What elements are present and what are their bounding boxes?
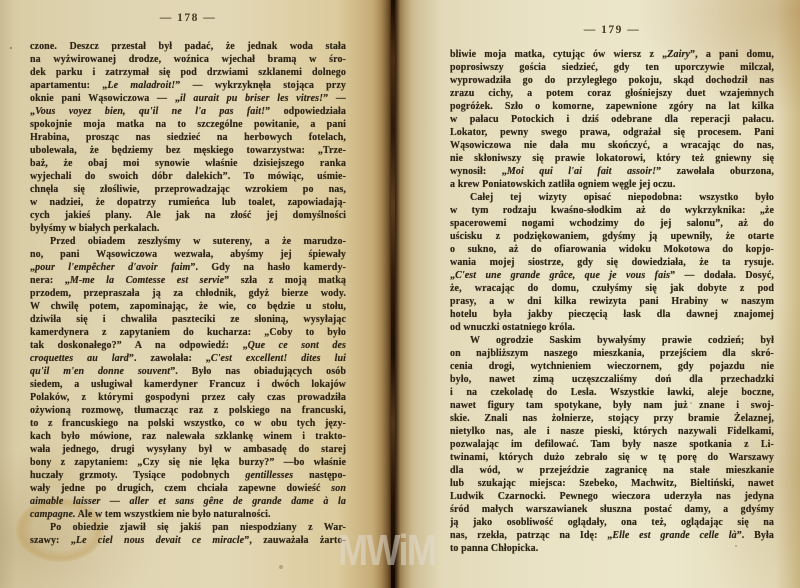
text-line: apartamentu: „Le maladroit!” — wykrzyknę… xyxy=(30,79,346,92)
text-line: Po obiedzie zjawił się jakiś pan niespod… xyxy=(30,521,346,534)
text-line: „C'est une grande grâce, que je vous fai… xyxy=(450,269,774,282)
text-line: aimable laisser — aller et sans gêne de … xyxy=(30,495,346,508)
text-line: to z francuskiego na polski wszystko, co… xyxy=(30,417,346,430)
text-line: skie. Znali nas żołnierze, stojący przy … xyxy=(450,412,774,425)
paragraph: czone. Deszcz przestał był padać, że jed… xyxy=(30,40,346,235)
text-line: wyjechali do swoich dóbr dalekich”. To m… xyxy=(30,170,346,183)
text-line: Wąsowiczowa nie dała mu skończyć, a wrac… xyxy=(450,139,774,152)
text-line: a krew Poniatowskich zatliła ogniem węgl… xyxy=(450,178,774,191)
text-line: przodem, przepraszała ją za chłodnik, gd… xyxy=(30,287,346,300)
page-number-left: — 178 — xyxy=(30,12,346,24)
text-line: Polaków, z którymi gospodyni przez cały … xyxy=(30,391,346,404)
text-line: Ludwik Czarnocki. Pewnego wieczora uderz… xyxy=(450,490,774,503)
text-line: prasy, a w dni kilka rewizyta pani Hrabi… xyxy=(450,295,774,308)
text-line: było, nawet zimą uczęszczaliśmy doń dla … xyxy=(450,373,774,386)
text-line: nietylko nas, ale i nasze pieski, któryc… xyxy=(450,425,774,438)
paragraph: Po obiedzie zjawił się jakiś pan niespod… xyxy=(30,521,346,547)
text-line: lub szukając miejsca: Szebeko, Machwitz,… xyxy=(450,477,774,490)
text-line: w pałacu Potockich i dziś odebrane dla r… xyxy=(450,113,774,126)
text-line: nie skłoniwszy się prawie lokatorowi, kt… xyxy=(450,152,774,165)
text-line: cenia drogi, wytchnieniem wieczornem, gd… xyxy=(450,360,774,373)
text-line: croquettes au lard”. zawołała: „C'est ex… xyxy=(30,352,346,365)
text-line: spokojnie moja matka na to szczególne po… xyxy=(30,118,346,131)
text-line: kach było mówione, raz nalewała szklankę… xyxy=(30,430,346,443)
text-line: uścisku z podziękowaniem, gdyśmy ją upew… xyxy=(450,230,774,243)
text-line: że, wracając do domu, czułyśmy się jak d… xyxy=(450,282,774,295)
text-line: wały jedne po drugich, czem chciała zape… xyxy=(30,482,346,495)
text-line: kamerdynera z zapytaniem do kucharza: „C… xyxy=(30,326,346,339)
text-line: huczały grzmoty. Tysiące podobnych genti… xyxy=(30,469,346,482)
paragraph: Przed obiadem zeszłyśmy w sutereny, a że… xyxy=(30,235,346,521)
text-line: „Vous voyez bien, qu'il ne l'a pas fait!… xyxy=(30,105,346,118)
text-line: bliwie moja matka, cytując ów wiersz z „… xyxy=(450,48,774,61)
text-line: on najbliższym naszego mieszkania, przej… xyxy=(450,347,774,360)
text-line: szawy: „Le ciel nous devait ce miracle”,… xyxy=(30,534,346,547)
text-line: dek parku i zatrzymał się pod drzwiami s… xyxy=(30,66,346,79)
text-line: dziwiła się i chwaliła paszteciki ze sło… xyxy=(30,313,346,326)
paragraph: W ogrodzie Saskim bywałyśmy prawie codzi… xyxy=(450,334,774,555)
text-line: oknie pani Wąsowiczowa — „il aurait pu b… xyxy=(30,92,346,105)
text-line: pozwalając im defilować. Tam były nasze … xyxy=(450,438,774,451)
text-line: nas, rzekła, patrząc na Idę: „Elle est g… xyxy=(450,529,774,542)
text-line: wania mojej siostrze, gdy się dowiedział… xyxy=(450,256,774,269)
page-text-left: czone. Deszcz przestał był padać, że jed… xyxy=(30,40,346,547)
text-line: nera: „M-me la Comtesse est servie” szła… xyxy=(30,274,346,287)
text-line: śród małych warszawianek słuszna postać … xyxy=(450,503,774,516)
text-line: twinami, których dużo zebrało się w tę p… xyxy=(450,451,774,464)
text-line: pogróżek. Szło o komorne, zapewnione zgó… xyxy=(450,100,774,113)
paragraph: Całej tej wizyty opisać niepodobna: wszy… xyxy=(450,191,774,334)
text-line: w tym rodzaju kwaśno-słodkim aż do wykrz… xyxy=(450,204,774,217)
text-line: spacerowemi nogami wchodzimy do jej salo… xyxy=(450,217,774,230)
text-line: qu'il m'en donne souvent”. Było nas obia… xyxy=(30,365,346,378)
text-line: ubolewała, że będziemy bez męskiego towa… xyxy=(30,144,346,157)
text-line: W chwilę potem, zapominając, że wie, co … xyxy=(30,300,346,313)
text-line: Całej tej wizyty opisać niepodobna: wszy… xyxy=(450,191,774,204)
text-line: zrazu cichy, a potem coraz głośniejszy d… xyxy=(450,87,774,100)
text-line: i na czekoladę do Lesla. Wszystkie ławki… xyxy=(450,386,774,399)
text-line: campagne. Ale w tem wszystkiem nie było … xyxy=(30,508,346,521)
text-line: wała jednego, drugi wysyłany był w ambas… xyxy=(30,443,346,456)
text-line: hotelu była jakby pieczęcią łask dla daw… xyxy=(450,308,774,321)
text-line: o sukno, aż do ofiarowania widoku Mokoto… xyxy=(450,243,774,256)
text-line: baż, że obaj moi synowie właśnie dzisiej… xyxy=(30,157,346,170)
text-line: cych jakieś plany. Ale jak na złość jej … xyxy=(30,209,346,222)
text-line: to panna Chłopicka. xyxy=(450,542,774,555)
text-line: ją jako osobliwość oglądały, ona też, og… xyxy=(450,516,774,529)
text-line: tak doskonałego?” A na odpowiedź: „Que c… xyxy=(30,339,346,352)
text-line: Hrabina, prosząc nas siedzieć na herbowy… xyxy=(30,131,346,144)
text-line: Lokator, pewny swego prawa, odgrażał się… xyxy=(450,126,774,139)
text-line: poprosiwszy gościa siedzieć, gdy ten upo… xyxy=(450,61,774,74)
page-number-right: — 179 — xyxy=(450,24,774,36)
text-line: „pour l'empêcher d'avoir faim”. Gdy na h… xyxy=(30,261,346,274)
text-line: wynosił: „Moi qui l'ai fait assoir!” zaw… xyxy=(450,165,774,178)
text-line: ożywioną rozmowę, tłumacząc raz z polski… xyxy=(30,404,346,417)
paragraph: bliwie moja matka, cytując ów wiersz z „… xyxy=(450,48,774,191)
text-line: Przed obiadem zeszłyśmy w sutereny, a że… xyxy=(30,235,346,248)
text-line: bony z zapytaniem: „Czy się nie lęka bur… xyxy=(30,456,346,469)
text-line: od wnuczki ostatniego króla. xyxy=(450,321,774,334)
book-scan: — 178 — — 179 — czone. Deszcz przestał b… xyxy=(0,0,800,588)
text-line: nawet figury tam spotykane, były nam już… xyxy=(450,399,774,412)
text-line: chnęła się złośliwie, przeprowadzając wz… xyxy=(30,183,346,196)
text-line: byłyśmy w białych perkalach. xyxy=(30,222,346,235)
text-line: na wyżwirowanej drodze, woźnica wjechał … xyxy=(30,53,346,66)
text-line: w nadziei, że dopatrzy rumieńca lub toal… xyxy=(30,196,346,209)
text-line: no, pani Wąsowiczowa wezwała, abyśmy jej… xyxy=(30,248,346,261)
text-line: wyprowadziła go do przyległego pokoju, s… xyxy=(450,74,774,87)
page-text-right: bliwie moja matka, cytując ów wiersz z „… xyxy=(450,48,774,555)
text-line: W ogrodzie Saskim bywałyśmy prawie codzi… xyxy=(450,334,774,347)
book-binding-gutter xyxy=(372,0,418,588)
text-line: czone. Deszcz przestał był padać, że jed… xyxy=(30,40,346,53)
text-line: dla wód, w przejeździe zagranicę na stał… xyxy=(450,464,774,477)
text-line: siedem, a usługiwał kamerdyner Francuz i… xyxy=(30,378,346,391)
